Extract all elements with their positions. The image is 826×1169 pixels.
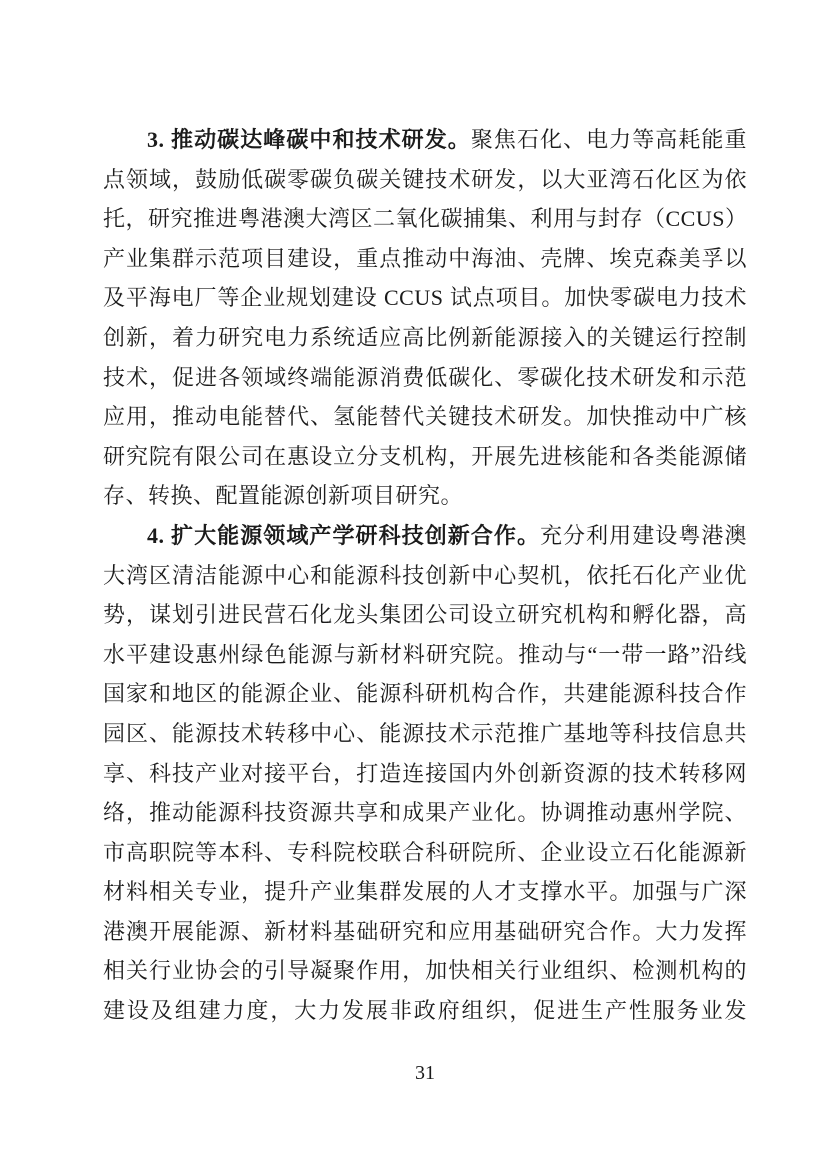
- document-page: 3. 推动碳达峰碳中和技术研发。聚焦石化、电力等高耗能重点领域，鼓励低碳零碳负碳…: [0, 0, 826, 1169]
- body-text: 3. 推动碳达峰碳中和技术研发。聚焦石化、电力等高耗能重点领域，鼓励低碳零碳负碳…: [103, 120, 747, 1031]
- text-line: 技术，促进各领域终端能源消费低碳化、零碳化技术研发和示范: [103, 358, 747, 398]
- text-line: 水平建设惠州绿色能源与新材料研究院。推动与“一带一路”沿线: [103, 635, 747, 675]
- text-line: 4. 扩大能源领域产学研科技创新合作。充分利用建设粤港澳: [103, 516, 747, 556]
- text-line: 点领域，鼓励低碳零碳负碳关键技术研发，以大亚湾石化区为依: [103, 160, 747, 200]
- paragraph-heading: 4. 扩大能源领域产学研科技创新合作。: [147, 523, 540, 548]
- text-line: 材料相关专业，提升产业集群发展的人才支撑水平。加强与广深: [103, 872, 747, 912]
- text-line: 港澳开展能源、新材料基础研究和应用基础研究合作。大力发挥: [103, 912, 747, 952]
- text-line: 园区、能源技术转移中心、能源技术示范推广基地等科技信息共: [103, 714, 747, 754]
- text-line: 相关行业协会的引导凝聚作用，加快相关行业组织、检测机构的: [103, 951, 747, 991]
- text-line: 大湾区清洁能源中心和能源科技创新中心契机，依托石化产业优: [103, 556, 747, 596]
- text-line: 势，谋划引进民营石化龙头集团公司设立研究机构和孵化器，高: [103, 595, 747, 635]
- text-line: 3. 推动碳达峰碳中和技术研发。聚焦石化、电力等高耗能重: [103, 120, 747, 160]
- text-line: 产业集群示范项目建设，重点推动中海油、壳牌、埃克森美孚以: [103, 239, 747, 279]
- text-line: 享、科技产业对接平台，打造连接国内外创新资源的技术转移网: [103, 754, 747, 794]
- text-line: 及平海电厂等企业规划建设 CCUS 试点项目。加快零碳电力技术: [103, 278, 747, 318]
- text-line: 创新，着力研究电力系统适应高比例新能源接入的关键运行控制: [103, 318, 747, 358]
- text-line: 国家和地区的能源企业、能源科研机构合作，共建能源科技合作: [103, 674, 747, 714]
- page-number: 31: [103, 1061, 747, 1085]
- text-line: 托，研究推进粤港澳大湾区二氧化碳捕集、利用与封存（CCUS）: [103, 199, 747, 239]
- text-line: 存、转换、配置能源创新项目研究。: [103, 476, 747, 516]
- text-line: 应用，推动电能替代、氢能替代关键技术研发。加快推动中广核: [103, 397, 747, 437]
- text-line: 研究院有限公司在惠设立分支机构，开展先进核能和各类能源储: [103, 437, 747, 477]
- paragraph-heading: 3. 推动碳达峰碳中和技术研发。: [147, 127, 471, 152]
- text-line: 市高职院等本科、专科院校联合科研院所、企业设立石化能源新: [103, 833, 747, 873]
- text-line: 建设及组建力度，大力发展非政府组织，促进生产性服务业发展。: [103, 991, 747, 1031]
- text-line: 络，推动能源科技资源共享和成果产业化。协调推动惠州学院、: [103, 793, 747, 833]
